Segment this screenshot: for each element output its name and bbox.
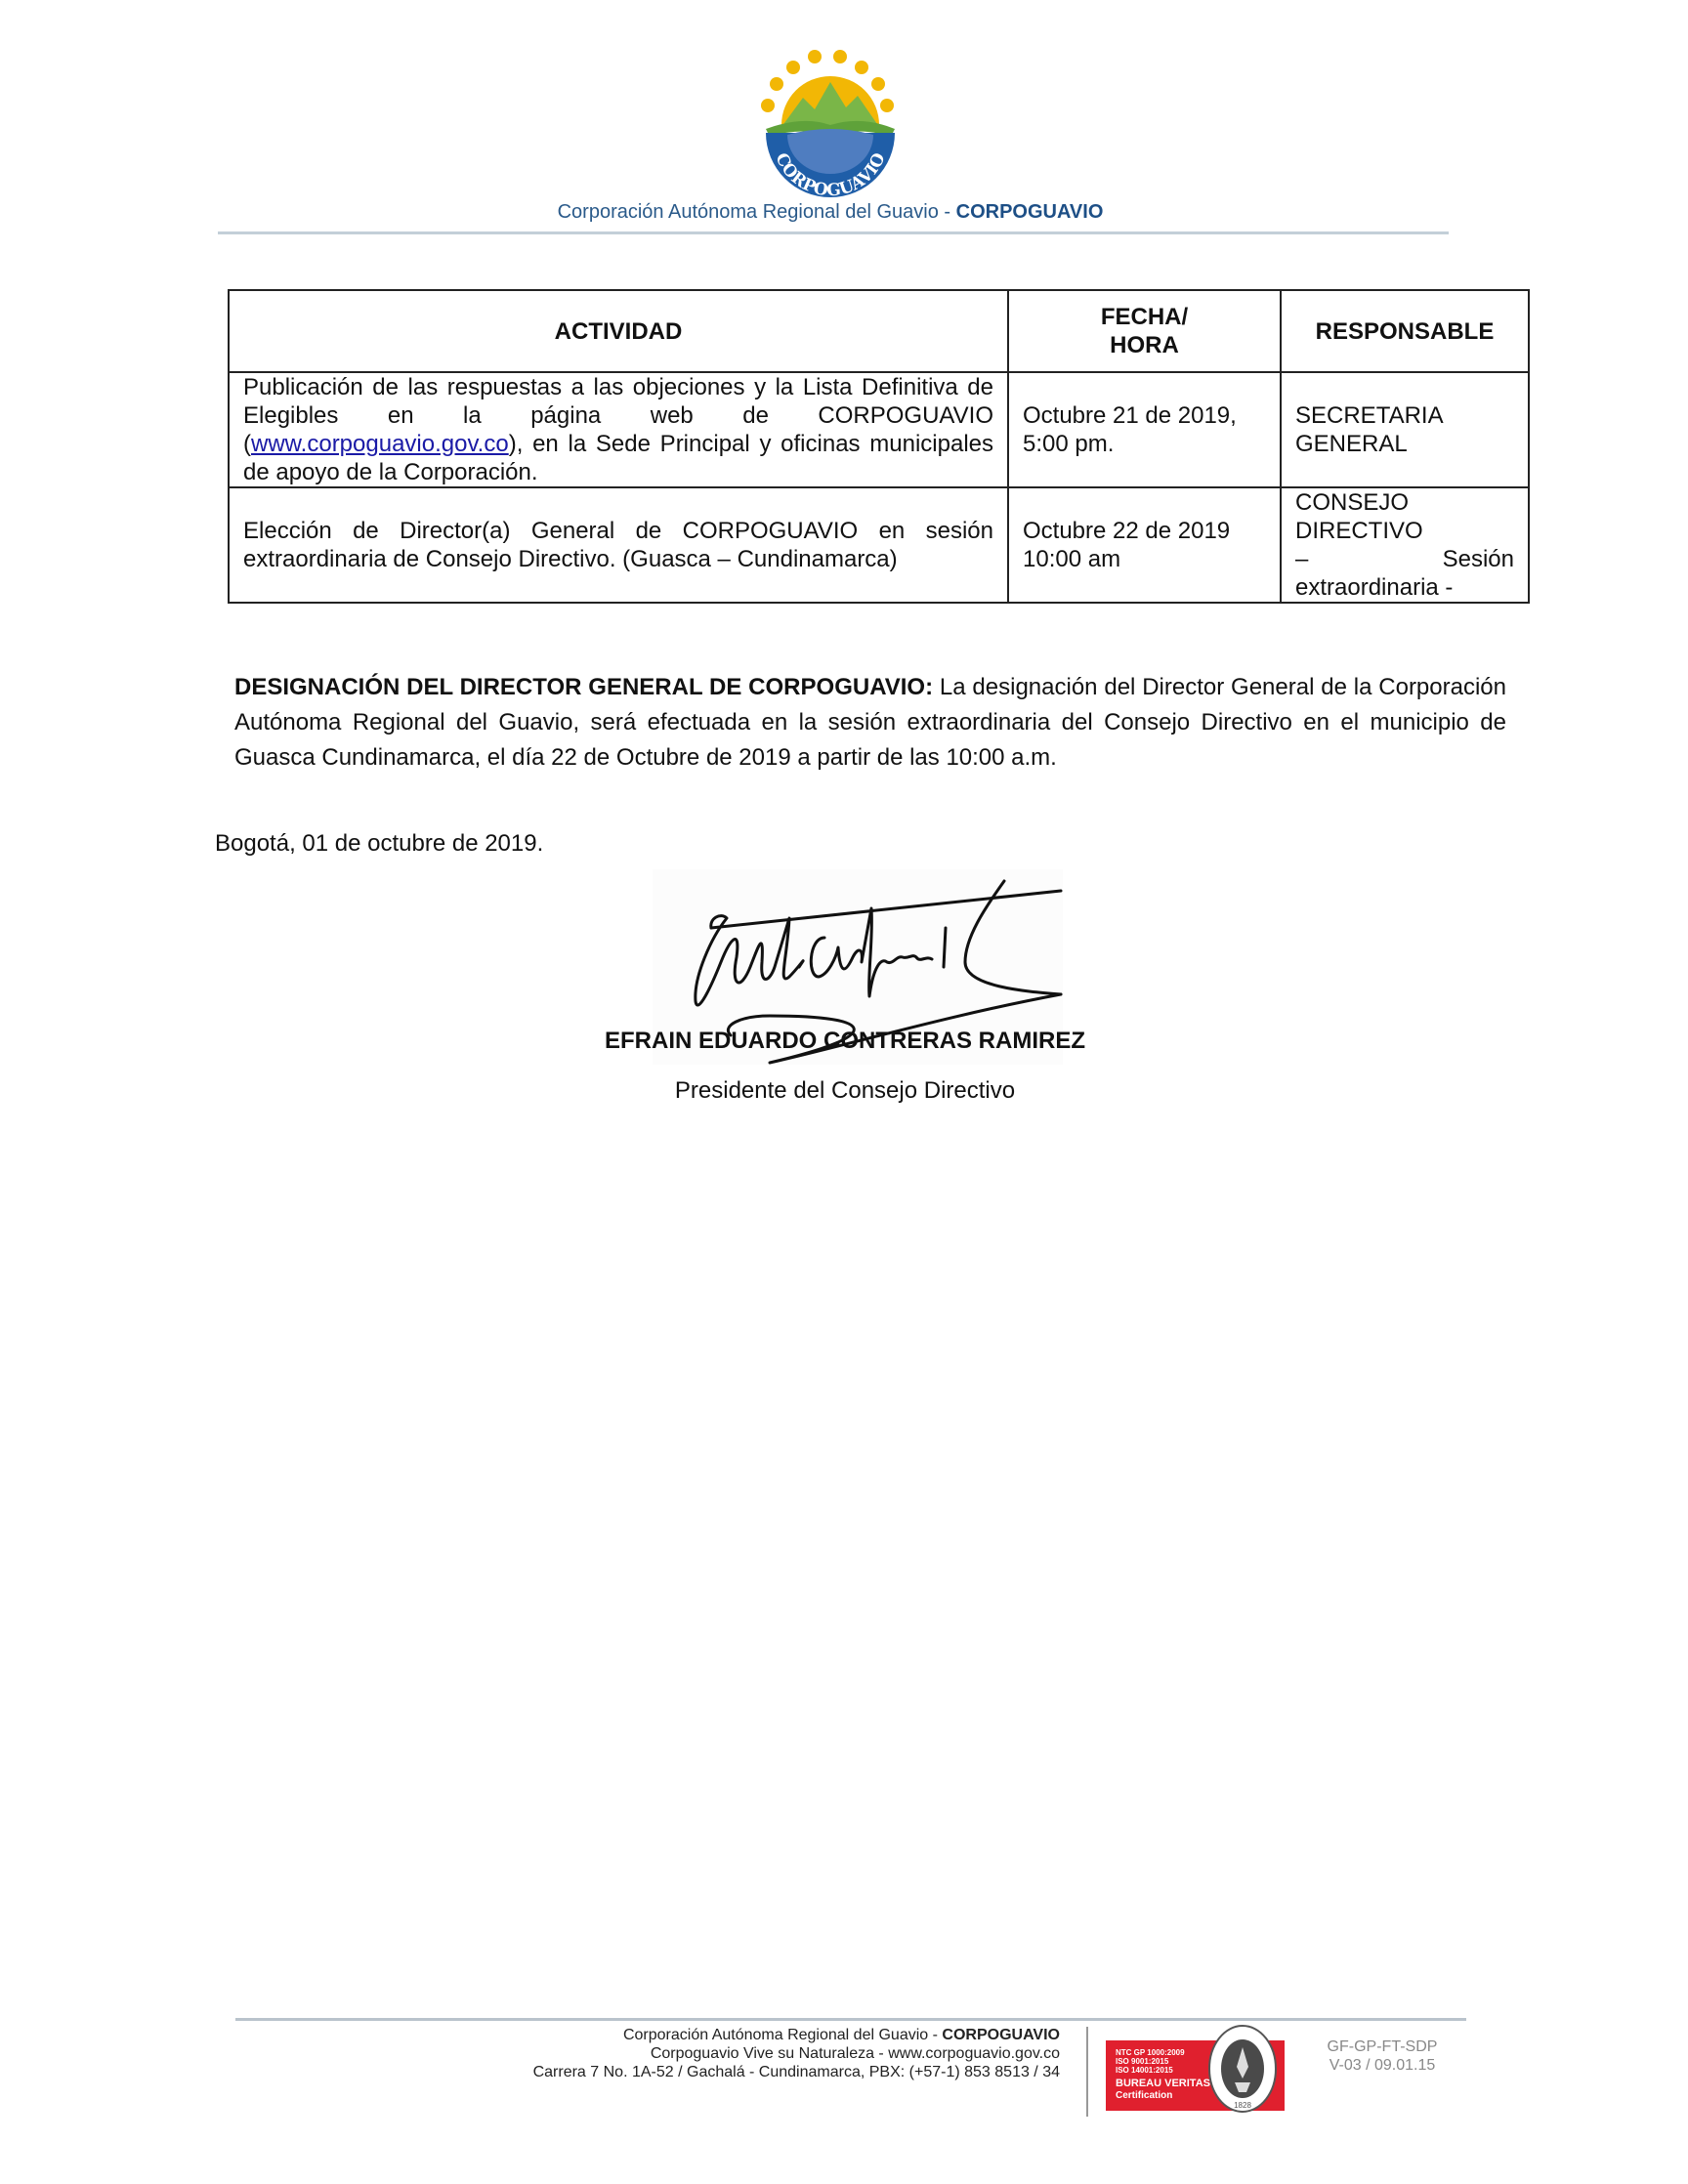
svg-text:1828: 1828 — [1234, 2101, 1251, 2110]
bureau-veritas-seal-icon: 1828 — [1207, 2024, 1278, 2114]
column-header-responsible: RESPONSABLE — [1281, 290, 1529, 372]
schedule-table: ACTIVIDAD FECHA/HORA RESPONSABLE Publica… — [228, 289, 1530, 604]
place-date: Bogotá, 01 de octubre de 2019. — [215, 830, 543, 858]
activity-cell: Publicación de las respuestas a las obje… — [229, 372, 1008, 487]
responsible-cell: CONSEJO DIRECTIVO –Sesión extraordinaria… — [1281, 487, 1529, 603]
column-header-date: FECHA/HORA — [1008, 290, 1281, 372]
column-header-activity: ACTIVIDAD — [229, 290, 1008, 372]
signer-title: Presidente del Consejo Directivo — [527, 1077, 1162, 1105]
header-org-name: Corporación Autónoma Regional del Guavio… — [0, 201, 1661, 224]
header-divider — [218, 231, 1449, 234]
table-row: Publicación de las respuestas a las obje… — [229, 372, 1529, 487]
footer-vertical-divider — [1086, 2027, 1088, 2117]
designation-paragraph: DESIGNACIÓN DEL DIRECTOR GENERAL DE CORP… — [234, 670, 1506, 776]
signer-name: EFRAIN EDUARDO CONTRERAS RAMIREZ — [527, 1028, 1162, 1055]
date-cell: Octubre 22 de 201910:00 am — [1008, 487, 1281, 603]
corpoguavio-logo-icon: CORPOGUAVIO — [744, 47, 916, 199]
responsible-cell: SECRETARIAGENERAL — [1281, 372, 1529, 487]
designation-title: DESIGNACIÓN DEL DIRECTOR GENERAL DE CORP… — [234, 674, 933, 700]
table-header-row: ACTIVIDAD FECHA/HORA RESPONSABLE — [229, 290, 1529, 372]
website-link[interactable]: www.corpoguavio.gov.co — [251, 431, 509, 457]
activity-cell: Elección de Director(a) General de CORPO… — [229, 487, 1008, 603]
footer-contact-info: Corporación Autónoma Regional del Guavio… — [533, 2026, 1060, 2081]
document-code: GF-GP-FT-SDP V-03 / 09.01.15 — [1309, 2037, 1456, 2075]
footer-slogan: Corpoguavio Vive su Naturaleza - www.cor… — [533, 2044, 1060, 2063]
footer-org-name: Corporación Autónoma Regional del Guavio… — [533, 2026, 1060, 2044]
table-row: Elección de Director(a) General de CORPO… — [229, 487, 1529, 603]
footer-divider — [235, 2018, 1466, 2021]
date-cell: Octubre 21 de 2019,5:00 pm. — [1008, 372, 1281, 487]
footer-address: Carrera 7 No. 1A-52 / Gachalá - Cundinam… — [533, 2063, 1060, 2081]
